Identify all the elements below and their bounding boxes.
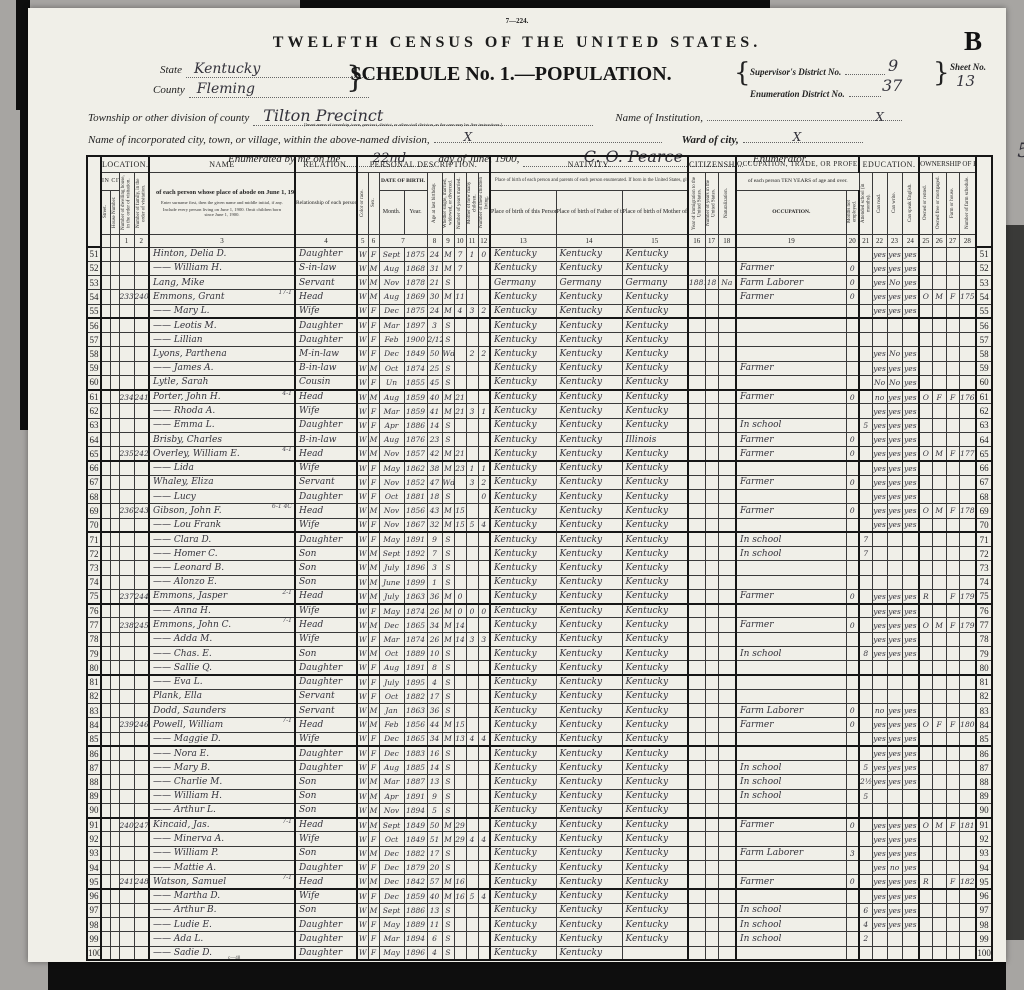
table-row: 74—— Alonzo E.SonWMJune18991SKentuckyKen…: [87, 575, 992, 589]
cell-street: [101, 604, 110, 618]
cell-home-owned-rented: [919, 789, 932, 803]
cell-family-number: [134, 946, 149, 960]
cell-sex: F: [368, 247, 379, 261]
cell-immigration-year: [688, 333, 705, 347]
cell-years-married: [454, 746, 466, 760]
cell-children-living: 3: [478, 632, 490, 646]
cell-name: —— Emma L.: [149, 418, 295, 432]
cell-birth-year: 1896: [404, 946, 427, 960]
cell-sex: M: [368, 290, 379, 304]
cell-birth-month: Mar: [379, 632, 404, 646]
cell-dwelling-number: [119, 304, 134, 318]
cell-children-living: [478, 646, 490, 660]
cell-farm-or-house: F: [946, 618, 959, 632]
cell-school-months: [859, 889, 872, 903]
cell-house-number: [110, 903, 119, 917]
cell-can-read: yes: [872, 361, 887, 375]
cell-color: W: [357, 247, 368, 261]
cell-color: W: [357, 461, 368, 475]
cell-farm-or-house: [946, 917, 959, 931]
cell-marital: S: [442, 761, 454, 775]
cell-relation: Wife: [295, 404, 357, 418]
cell-house-number: [110, 404, 119, 418]
cell-age: 21: [427, 276, 442, 290]
cell-street: [101, 775, 110, 789]
cell-children-living: [478, 432, 490, 446]
cell-birthplace: Kentucky: [490, 589, 556, 603]
cell-months-not-employed: 0: [846, 704, 859, 718]
row-number-left: 55: [87, 304, 101, 318]
page-title: TWELFTH CENSUS OF THE UNITED STATES.: [28, 34, 1006, 52]
cell-farm-or-house: [946, 889, 959, 903]
cell-years-in-us: [705, 860, 718, 874]
cell-school-months: [859, 946, 872, 960]
col-num-13: 13: [490, 234, 556, 247]
cell-house-number: [110, 447, 119, 461]
cell-years-in-us: [705, 390, 718, 404]
cell-age: 36: [427, 589, 442, 603]
cell-sex: M: [368, 447, 379, 461]
cell-can-speak-english: yes: [902, 875, 919, 889]
cell-birth-year: 1862: [404, 461, 427, 475]
form-number: 7—224.: [28, 17, 1006, 25]
cell-birthplace: Kentucky: [490, 946, 556, 960]
cell-father-birthplace: Kentucky: [556, 490, 622, 504]
cell-father-birthplace: Kentucky: [556, 333, 622, 347]
cell-house-number: [110, 917, 119, 931]
cell-street: [101, 361, 110, 375]
row-number-right: 87: [976, 761, 992, 775]
cell-color: W: [357, 818, 368, 832]
cell-can-read: [872, 333, 887, 347]
cell-name: —— Charlie M.: [149, 775, 295, 789]
cell-mother-birthplace: Kentucky: [622, 404, 688, 418]
cell-color: W: [357, 932, 368, 946]
row-number-right: 91: [976, 818, 992, 832]
cell-street: [101, 946, 110, 960]
cell-mother-birthplace: Kentucky: [622, 604, 688, 618]
cell-color: W: [357, 889, 368, 903]
row-number-right: 89: [976, 789, 992, 803]
cell-house-number: [110, 490, 119, 504]
cell-house-number: [110, 618, 119, 632]
cell-free-mortgaged: [932, 832, 946, 846]
cell-age: 23: [427, 432, 442, 446]
cell-street: [101, 903, 110, 917]
cell-farm-schedule-number: [959, 475, 976, 489]
cell-can-write: no: [887, 860, 902, 874]
margin-note: 5: [1017, 138, 1024, 162]
cell-years-married: [454, 789, 466, 803]
cell-dwelling-number: 233: [119, 290, 134, 304]
cell-home-owned-rented: [919, 689, 932, 703]
cell-name: —— Lou Frank: [149, 518, 295, 532]
row-number-right: 72: [976, 547, 992, 561]
col-num-4: 4: [295, 234, 357, 247]
cell-children-living: [478, 689, 490, 703]
cell-mother-birthplace: Kentucky: [622, 704, 688, 718]
row-number-left: 76: [87, 604, 101, 618]
cell-immigration-year: [688, 932, 705, 946]
cell-farm-schedule-number: [959, 932, 976, 946]
cell-school-months: 7: [859, 532, 872, 546]
col-header-dob: DATE OF BIRTH.: [379, 172, 427, 190]
cell-age: 14: [427, 418, 442, 432]
cell-years-married: [454, 475, 466, 489]
cell-immigration-year: [688, 461, 705, 475]
row-number-right: 75: [976, 589, 992, 603]
cell-farm-or-house: [946, 261, 959, 275]
cell-home-owned-rented: [919, 832, 932, 846]
cell-name: —— Arthur B.: [149, 903, 295, 917]
cell-marital: S: [442, 675, 454, 689]
cell-relation: Wife: [295, 304, 357, 318]
cell-years-in-us: [705, 646, 718, 660]
row-number-left: 86: [87, 746, 101, 760]
cell-birth-month: July: [379, 561, 404, 575]
cell-birth-year: 1894: [404, 932, 427, 946]
row-number-left: 73: [87, 561, 101, 575]
cell-years-in-us: [705, 247, 718, 261]
cell-name: —— Adda M.: [149, 632, 295, 646]
cell-birth-year: 1855: [404, 375, 427, 389]
cell-children-living: [478, 418, 490, 432]
cell-occupation: Farmer: [736, 589, 846, 603]
table-row: 68—— LucyDaughterWFOct188118S0KentuckyKe…: [87, 490, 992, 504]
cell-months-not-employed: [846, 375, 859, 389]
cell-dwelling-number: [119, 832, 134, 846]
cell-naturalization: [718, 661, 736, 675]
cell-sex: M: [368, 875, 379, 889]
row-number-left: 51: [87, 247, 101, 261]
cell-home-owned-rented: O: [919, 818, 932, 832]
cell-street: [101, 333, 110, 347]
cell-street: [101, 917, 110, 931]
cell-age: 13: [427, 775, 442, 789]
cell-relation: Son: [295, 789, 357, 803]
cell-can-speak-english: [902, 803, 919, 817]
cell-free-mortgaged: [932, 547, 946, 561]
cell-can-read: [872, 575, 887, 589]
cell-marital: S: [442, 846, 454, 860]
cell-age: 6: [427, 932, 442, 946]
cell-school-months: 5: [859, 761, 872, 775]
cell-birth-year: 1887: [404, 775, 427, 789]
cell-street: [101, 261, 110, 275]
cell-birth-month: Jan: [379, 704, 404, 718]
cell-can-read: No: [872, 375, 887, 389]
cell-months-not-employed: [846, 318, 859, 332]
cell-farm-or-house: F: [946, 589, 959, 603]
cell-free-mortgaged: [932, 432, 946, 446]
cell-dwelling-number: [119, 404, 134, 418]
cell-mother-of-children: [466, 432, 478, 446]
cell-farm-schedule-number: [959, 846, 976, 860]
row-number-right: 85: [976, 732, 992, 746]
cell-marital: S: [442, 775, 454, 789]
cell-farm-schedule-number: [959, 661, 976, 675]
cell-can-read: [872, 318, 887, 332]
cell-farm-schedule-number: [959, 461, 976, 475]
cell-house-number: [110, 746, 119, 760]
cell-naturalization: [718, 761, 736, 775]
cell-birth-month: Oct: [379, 490, 404, 504]
cell-can-read: yes: [872, 718, 887, 732]
cell-house-number: [110, 475, 119, 489]
cell-can-speak-english: yes: [902, 390, 919, 404]
cell-immigration-year: [688, 704, 705, 718]
cell-farm-or-house: [946, 846, 959, 860]
cell-farm-or-house: [946, 361, 959, 375]
cell-occupation: Farm Laborer: [736, 276, 846, 290]
cell-birthplace: Kentucky: [490, 604, 556, 618]
cell-family-number: [134, 917, 149, 931]
cell-free-mortgaged: [932, 761, 946, 775]
schedule-title: SCHEDULE No. 1.—POPULATION.: [296, 63, 726, 86]
cell-home-owned-rented: [919, 946, 932, 960]
cell-can-speak-english: yes: [902, 261, 919, 275]
cell-can-write: yes: [887, 646, 902, 660]
cell-can-read: yes: [872, 490, 887, 504]
cell-dwelling-number: [119, 889, 134, 903]
cell-school-months: [859, 618, 872, 632]
cell-school-months: 4: [859, 917, 872, 931]
cell-home-owned-rented: [919, 575, 932, 589]
cell-children-living: [478, 860, 490, 874]
cell-can-write: [887, 561, 902, 575]
cell-dwelling-number: [119, 746, 134, 760]
cell-birthplace: Kentucky: [490, 618, 556, 632]
cell-color: W: [357, 718, 368, 732]
col-header-occupation-label: OCCUPATION.: [736, 190, 846, 234]
sheet-block: Sheet No. 13: [950, 62, 986, 90]
cell-farm-or-house: [946, 646, 959, 660]
cell-can-read: yes: [872, 589, 887, 603]
cell-free-mortgaged: [932, 917, 946, 931]
cell-dwelling-number: 238: [119, 618, 134, 632]
cell-relation: Cousin: [295, 375, 357, 389]
cell-birthplace: Germany: [490, 276, 556, 290]
cell-farm-or-house: [946, 432, 959, 446]
cell-home-owned-rented: O: [919, 447, 932, 461]
cell-farm-schedule-number: [959, 518, 976, 532]
cell-house-number: [110, 632, 119, 646]
cell-school-months: [859, 860, 872, 874]
cell-occupation: [736, 318, 846, 332]
cell-free-mortgaged: [932, 490, 946, 504]
enumerator-mark: 7-1: [282, 718, 292, 725]
cell-mother-birthplace: Kentucky: [622, 447, 688, 461]
cell-house-number: [110, 261, 119, 275]
cell-years-married: [454, 775, 466, 789]
cell-family-number: [134, 518, 149, 532]
cell-family-number: 242: [134, 447, 149, 461]
cell-farm-or-house: [946, 761, 959, 775]
cell-occupation: [736, 860, 846, 874]
cell-birth-year: 1859: [404, 889, 427, 903]
cell-children-living: [478, 561, 490, 575]
cell-children-living: 4: [478, 889, 490, 903]
cell-mother-of-children: [466, 532, 478, 546]
cell-mother-birthplace: Kentucky: [622, 618, 688, 632]
cell-years-married: [454, 375, 466, 389]
cell-street: [101, 803, 110, 817]
cell-name: —— Rhoda A.: [149, 404, 295, 418]
cell-father-birthplace: Kentucky: [556, 618, 622, 632]
cell-father-birthplace: Kentucky: [556, 875, 622, 889]
cell-home-owned-rented: [919, 475, 932, 489]
cell-naturalization: [718, 718, 736, 732]
cell-children-living: [478, 547, 490, 561]
row-number-left: 53: [87, 276, 101, 290]
cell-family-number: [134, 860, 149, 874]
cell-years-married: 11: [454, 290, 466, 304]
cell-can-speak-english: [902, 575, 919, 589]
township-label: Township or other division of county: [88, 112, 249, 124]
cell-father-birthplace: Kentucky: [556, 704, 622, 718]
cell-years-married: [454, 318, 466, 332]
cell-relation: Daughter: [295, 333, 357, 347]
cell-months-not-employed: [846, 746, 859, 760]
cell-birthplace: Kentucky: [490, 418, 556, 432]
cell-school-months: [859, 261, 872, 275]
cell-father-birthplace: Kentucky: [556, 761, 622, 775]
cell-can-speak-english: [902, 789, 919, 803]
cell-mother-of-children: [466, 675, 478, 689]
cell-birth-month: Nov: [379, 518, 404, 532]
cell-can-speak-english: yes: [902, 775, 919, 789]
cell-mother-birthplace: Kentucky: [622, 390, 688, 404]
cell-sex: M: [368, 589, 379, 603]
cell-farm-or-house: [946, 490, 959, 504]
cell-marital: M: [442, 589, 454, 603]
cell-occupation: [736, 746, 846, 760]
cell-sex: M: [368, 903, 379, 917]
col-num-27: 27: [946, 234, 959, 247]
cell-birthplace: Kentucky: [490, 518, 556, 532]
cell-months-not-employed: [846, 461, 859, 475]
cell-home-owned-rented: [919, 318, 932, 332]
cell-can-speak-english: yes: [902, 276, 919, 290]
cell-years-in-us: [705, 732, 718, 746]
table-row: 100—— Sadie D.DaughterWFMay18964SKentuck…: [87, 946, 992, 960]
cell-birthplace: Kentucky: [490, 532, 556, 546]
cell-sex: F: [368, 490, 379, 504]
row-number-right: 68: [976, 490, 992, 504]
county-label: County: [153, 84, 185, 96]
cell-immigration-year: [688, 504, 705, 518]
cell-age: 51: [427, 832, 442, 846]
cell-can-speak-english: yes: [902, 290, 919, 304]
col-header-house-number: House Number.: [110, 190, 119, 234]
cell-occupation: Farm Laborer: [736, 704, 846, 718]
cell-can-speak-english: [902, 532, 919, 546]
cell-color: W: [357, 632, 368, 646]
cell-mother-birthplace: Kentucky: [622, 732, 688, 746]
cell-immigration-year: [688, 832, 705, 846]
cell-immigration-year: [688, 732, 705, 746]
row-number-left: 83: [87, 704, 101, 718]
cell-years-married: 7: [454, 247, 466, 261]
cell-can-write: yes: [887, 475, 902, 489]
cell-father-birthplace: Kentucky: [556, 418, 622, 432]
cell-free-mortgaged: [932, 475, 946, 489]
cell-dwelling-number: [119, 846, 134, 860]
cell-free-mortgaged: [932, 875, 946, 889]
cell-street: [101, 447, 110, 461]
cell-school-months: 8: [859, 646, 872, 660]
cell-naturalization: [718, 361, 736, 375]
cell-birth-year: 1875: [404, 304, 427, 318]
cell-can-read: no: [872, 704, 887, 718]
cell-marital: M: [442, 832, 454, 846]
cell-home-owned-rented: [919, 432, 932, 446]
col-num-18: 18: [718, 234, 736, 247]
cell-family-number: [134, 318, 149, 332]
cell-naturalization: [718, 646, 736, 660]
cell-years-married: 14: [454, 632, 466, 646]
cell-years-married: [454, 661, 466, 675]
cell-months-not-employed: [846, 347, 859, 361]
cell-birth-month: Dec: [379, 304, 404, 318]
cell-marital: S: [442, 432, 454, 446]
cell-street: [101, 347, 110, 361]
cell-years-in-us: [705, 490, 718, 504]
cell-years-in-us: [705, 704, 718, 718]
row-number-left: 84: [87, 718, 101, 732]
cell-marital: M: [442, 718, 454, 732]
cell-immigration-year: [688, 646, 705, 660]
cell-age: 25: [427, 361, 442, 375]
cell-marital: M: [442, 604, 454, 618]
cell-farm-schedule-number: [959, 490, 976, 504]
col-header-years-married: Number of years married.: [454, 172, 466, 234]
cell-family-number: [134, 803, 149, 817]
row-number-right: 53: [976, 276, 992, 290]
cell-street: [101, 318, 110, 332]
cell-years-married: [454, 846, 466, 860]
cell-birth-year: 1856: [404, 504, 427, 518]
cell-years-married: 16: [454, 875, 466, 889]
cell-farm-schedule-number: [959, 361, 976, 375]
cell-street: [101, 432, 110, 446]
cell-birth-year: 1849: [404, 818, 427, 832]
cell-children-living: 4: [478, 832, 490, 846]
cell-school-months: [859, 875, 872, 889]
cell-father-birthplace: Kentucky: [556, 775, 622, 789]
cell-birth-month: Mar: [379, 318, 404, 332]
cell-can-write: yes: [887, 889, 902, 903]
cell-color: W: [357, 646, 368, 660]
row-number-left: 79: [87, 646, 101, 660]
cell-dwelling-number: [119, 732, 134, 746]
cell-birth-year: 1859: [404, 390, 427, 404]
cell-years-married: [454, 561, 466, 575]
cell-occupation: Farm Laborer: [736, 846, 846, 860]
col-header-years-in-us: Number of years in the United States.: [705, 172, 718, 234]
cell-months-not-employed: [846, 361, 859, 375]
cell-age: 13: [427, 903, 442, 917]
cell-house-number: [110, 290, 119, 304]
cell-naturalization: [718, 347, 736, 361]
cell-free-mortgaged: [932, 347, 946, 361]
cell-sex: M: [368, 504, 379, 518]
cell-mother-birthplace: Kentucky: [622, 818, 688, 832]
cell-home-owned-rented: [919, 632, 932, 646]
cell-house-number: [110, 761, 119, 775]
cell-father-birthplace: Kentucky: [556, 447, 622, 461]
cell-birth-year: 1874: [404, 361, 427, 375]
